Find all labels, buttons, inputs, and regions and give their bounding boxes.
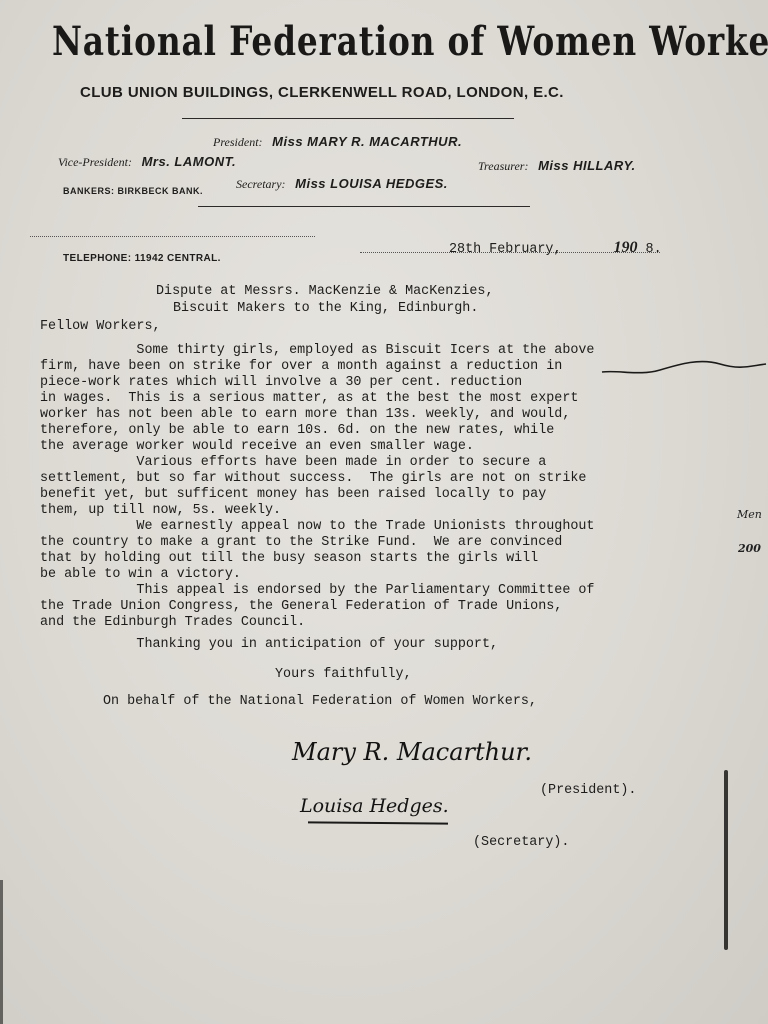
president-name: Miss MARY R. MACARTHUR. (272, 134, 462, 149)
header-dotted-rule (30, 236, 315, 237)
body-paragraph-1: Some thirty girls, employed as Biscuit I… (40, 343, 680, 455)
header-rule-1 (182, 118, 514, 119)
president-line: President: Miss MARY R. MACARTHUR. (213, 133, 462, 151)
salutation: Fellow Workers, (40, 319, 161, 335)
left-edge-shadow (0, 880, 3, 1024)
role-president: (President). (540, 783, 636, 799)
margin-pen-stroke-icon (600, 350, 768, 380)
organization-address: CLUB UNION BUILDINGS, CLERKENWELL ROAD, … (80, 84, 564, 101)
telephone: TELEPHONE: 11942 CENTRAL. (63, 253, 221, 264)
subject-line-2: Biscuit Makers to the King, Edinburgh. (173, 301, 478, 317)
body-paragraph-4: This appeal is endorsed by the Parliamen… (40, 583, 680, 631)
signature-underline (308, 821, 448, 824)
organization-title: National Federation of Women Workers. (52, 18, 768, 65)
body-paragraph-3: We earnestly appeal now to the Trade Uni… (40, 519, 680, 583)
margin-vertical-stroke (724, 770, 728, 950)
margin-note-2: 200 (738, 542, 761, 555)
margin-note-1: Men (737, 508, 762, 521)
date-year-typed: 8. (646, 242, 662, 257)
treasurer-name: Miss HILLARY. (538, 158, 636, 173)
vice-president-line: Vice-President: Mrs. LAMONT. (58, 153, 236, 171)
subject-line-1: Dispute at Messrs. MacKenzie & MacKenzie… (156, 284, 494, 300)
secretary-line: Secretary: Miss LOUISA HEDGES. (236, 175, 448, 193)
header-rule-2 (198, 206, 530, 207)
body-paragraph-2: Various efforts have been made in order … (40, 455, 680, 519)
closing-on-behalf: On behalf of the National Federation of … (103, 694, 537, 710)
secretary-name: Miss LOUISA HEDGES. (295, 176, 448, 191)
vice-president-label: Vice-President: (58, 155, 132, 169)
bankers: BANKERS: BIRKBECK BANK. (63, 186, 203, 196)
date-year-printed: 190 (614, 239, 638, 256)
date: 28th February,190 8. (449, 240, 662, 258)
signature-president: Mary R. Macarthur. (292, 738, 532, 766)
treasurer-label: Treasurer: (478, 159, 528, 173)
body-paragraph-5: Thanking you in anticipation of your sup… (40, 637, 680, 653)
treasurer-line: Treasurer: Miss HILLARY. (478, 157, 636, 175)
closing-yours-faithfully: Yours faithfully, (275, 667, 412, 683)
president-label: President: (213, 135, 263, 149)
secretary-label: Secretary: (236, 177, 286, 191)
vice-president-name: Mrs. LAMONT. (142, 154, 237, 169)
role-secretary: (Secretary). (473, 835, 569, 851)
signature-secretary: Louisa Hedges. (300, 795, 449, 817)
date-day-month: 28th February, (449, 242, 562, 257)
